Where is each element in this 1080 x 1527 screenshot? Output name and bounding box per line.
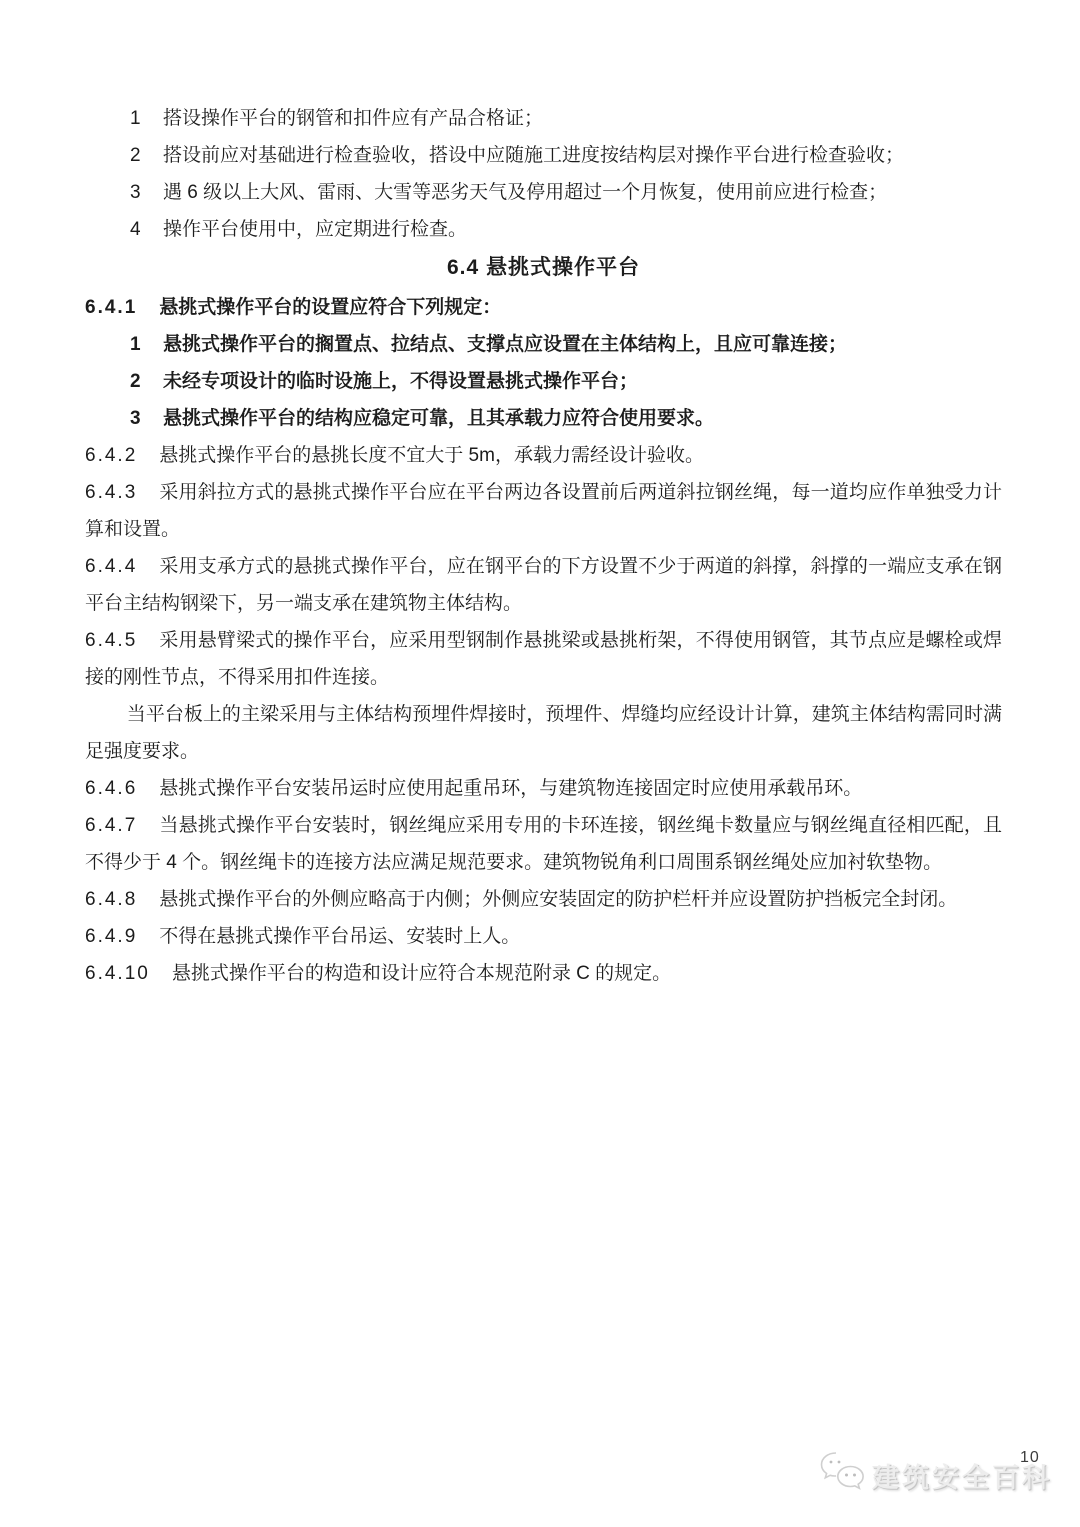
list-item-number: 2: [130, 137, 163, 174]
list-item-text: 悬挑式操作平台的搁置点、拉结点、支撑点应设置在主体结构上，且应可靠连接；: [163, 326, 1002, 363]
document-page: 1 搭设操作平台的钢管和扣件应有产品合格证； 2 搭设前应对基础进行检查验收，搭…: [0, 0, 1080, 1527]
clause-number: 6.4.8: [85, 889, 137, 910]
clause-6-4-2: 6.4.2悬挑式操作平台的悬挑长度不宜大于 5m，承载力需经设计验收。: [85, 437, 1002, 474]
clause-text: 不得在悬挑式操作平台吊运、安装时上人。: [159, 926, 520, 947]
chat-bubbles-icon: [819, 1450, 867, 1501]
list-item: 2 搭设前应对基础进行检查验收，搭设中应随施工进度按结构层对操作平台进行检查验收…: [85, 137, 1002, 174]
list-item-number: 3: [130, 400, 163, 437]
list-item-number: 4: [130, 211, 163, 248]
list-item-text: 操作平台使用中，应定期进行检查。: [163, 211, 1002, 248]
page-number: 10: [1020, 1449, 1040, 1467]
clause-text: 当悬挑式操作平台安装时，钢丝绳应采用专用的卡环连接，钢丝绳卡数量应与钢丝绳直径相…: [85, 815, 1002, 873]
clause-6-4-3: 6.4.3采用斜拉方式的悬挑式操作平台应在平台两边各设置前后两道斜拉钢丝绳，每一…: [85, 474, 1002, 548]
list-item: 2 未经专项设计的临时设施上，不得设置悬挑式操作平台；: [85, 363, 1002, 400]
clause-6-4-6: 6.4.6悬挑式操作平台安装吊运时应使用起重吊环，与建筑物连接固定时应使用承载吊…: [85, 770, 1002, 807]
clause-6-4-5: 6.4.5采用悬臂梁式的操作平台，应采用型钢制作悬挑梁或悬挑桁架，不得使用钢管，…: [85, 622, 1002, 696]
clause-text: 悬挑式操作平台安装吊运时应使用起重吊环，与建筑物连接固定时应使用承载吊环。: [159, 778, 862, 799]
clause-number: 6.4.6: [85, 778, 137, 799]
clause-number: 6.4.2: [85, 445, 137, 466]
note-paragraph: 当平台板上的主梁采用与主体结构预埋件焊接时，预埋件、焊缝均应经设计计算，建筑主体…: [85, 696, 1002, 770]
clause-number: 6.4.1: [85, 297, 137, 318]
clause-text: 悬挑式操作平台的悬挑长度不宜大于 5m，承载力需经设计验收。: [159, 445, 704, 466]
list-item: 4 操作平台使用中，应定期进行检查。: [85, 211, 1002, 248]
list-item-number: 3: [130, 174, 163, 211]
list-item-text: 未经专项设计的临时设施上，不得设置悬挑式操作平台；: [163, 363, 1002, 400]
clause-6-4-4: 6.4.4采用支承方式的悬挑式操作平台，应在钢平台的下方设置不少于两道的斜撑，斜…: [85, 548, 1002, 622]
clause-text: 悬挑式操作平台的设置应符合下列规定：: [159, 297, 501, 318]
document-content: 1 搭设操作平台的钢管和扣件应有产品合格证； 2 搭设前应对基础进行检查验收，搭…: [85, 100, 1002, 992]
clause-number: 6.4.5: [85, 630, 137, 651]
clause-6-4-10: 6.4.10悬挑式操作平台的构造和设计应符合本规范附录 C 的规定。: [85, 955, 1002, 992]
clause-number: 6.4.10: [85, 963, 150, 984]
clause-6-4-8: 6.4.8悬挑式操作平台的外侧应略高于内侧；外侧应安装固定的防护栏杆并应设置防护…: [85, 881, 1002, 918]
clause-6-4-9: 6.4.9不得在悬挑式操作平台吊运、安装时上人。: [85, 918, 1002, 955]
list-item-text: 搭设前应对基础进行检查验收，搭设中应随施工进度按结构层对操作平台进行检查验收；: [163, 137, 1002, 174]
footer-watermark: 建筑安全百科: [819, 1450, 1052, 1501]
list-item-text: 悬挑式操作平台的结构应稳定可靠，且其承载力应符合使用要求。: [163, 400, 1002, 437]
clause-6-4-7: 6.4.7当悬挑式操作平台安装时，钢丝绳应采用专用的卡环连接，钢丝绳卡数量应与钢…: [85, 807, 1002, 881]
clause-text: 采用悬臂梁式的操作平台，应采用型钢制作悬挑梁或悬挑桁架，不得使用钢管，其节点应是…: [85, 630, 1002, 688]
clause-text: 采用斜拉方式的悬挑式操作平台应在平台两边各设置前后两道斜拉钢丝绳，每一道均应作单…: [85, 482, 1002, 540]
list-item-text: 遇 6 级以上大风、雷雨、大雪等恶劣天气及停用超过一个月恢复，使用前应进行检查；: [163, 174, 1002, 211]
clause-number: 6.4.7: [85, 815, 137, 836]
list-item-number: 1: [130, 326, 163, 363]
clause-number: 6.4.3: [85, 482, 137, 503]
list-item: 3 遇 6 级以上大风、雷雨、大雪等恶劣天气及停用超过一个月恢复，使用前应进行检…: [85, 174, 1002, 211]
list-item-text: 搭设操作平台的钢管和扣件应有产品合格证；: [163, 100, 1002, 137]
clause-text: 悬挑式操作平台的外侧应略高于内侧；外侧应安装固定的防护栏杆并应设置防护挡板完全封…: [159, 889, 957, 910]
list-item: 1 悬挑式操作平台的搁置点、拉结点、支撑点应设置在主体结构上，且应可靠连接；: [85, 326, 1002, 363]
list-item: 3 悬挑式操作平台的结构应稳定可靠，且其承载力应符合使用要求。: [85, 400, 1002, 437]
clause-text: 采用支承方式的悬挑式操作平台，应在钢平台的下方设置不少于两道的斜撑，斜撑的一端应…: [85, 556, 1002, 614]
clause-number: 6.4.4: [85, 556, 137, 577]
list-item: 1 搭设操作平台的钢管和扣件应有产品合格证；: [85, 100, 1002, 137]
section-heading: 6.4 悬挑式操作平台: [85, 249, 1002, 287]
clause-text: 悬挑式操作平台的构造和设计应符合本规范附录 C 的规定。: [172, 963, 671, 984]
clause-number: 6.4.9: [85, 926, 137, 947]
list-item-number: 2: [130, 363, 163, 400]
list-item-number: 1: [130, 100, 163, 137]
clause-6-4-1: 6.4.1悬挑式操作平台的设置应符合下列规定：: [85, 289, 1002, 326]
